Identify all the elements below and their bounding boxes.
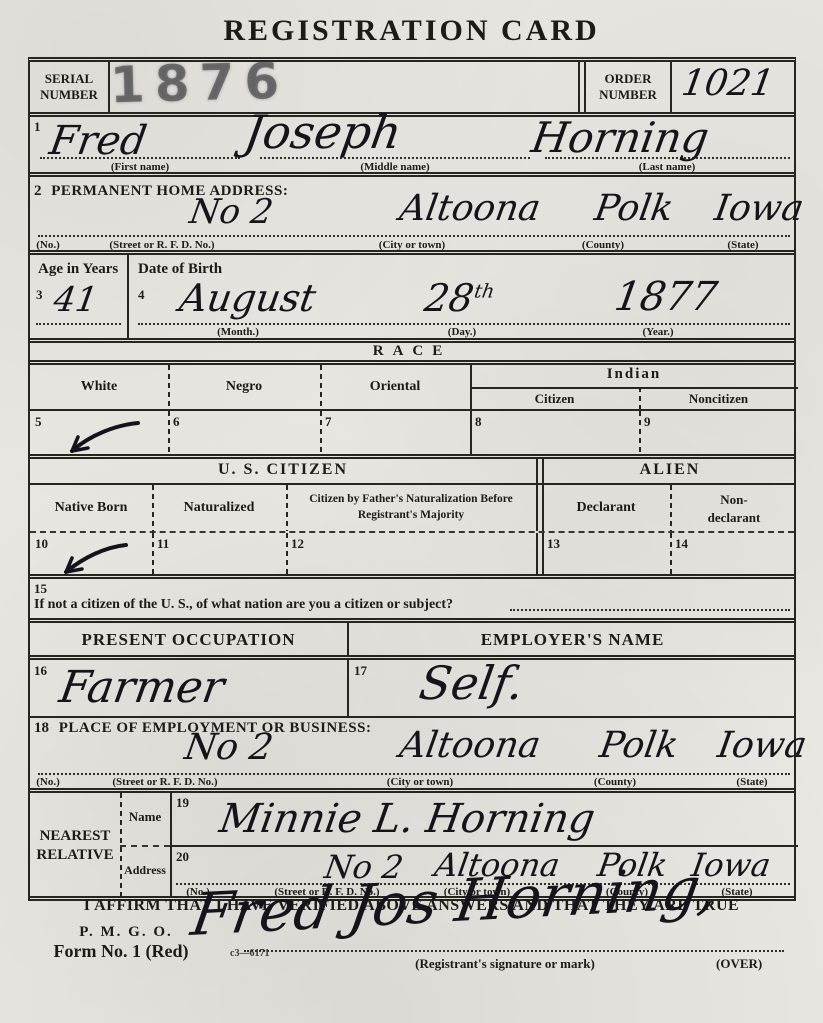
field-number-19: 19 — [176, 795, 189, 811]
serial-number-label: SERIAL NUMBER — [30, 71, 108, 104]
dotted-line — [138, 323, 790, 325]
birth-year-label: (Year.) — [642, 326, 673, 338]
nation-question: If not a citizen of the U. S., of what n… — [34, 597, 453, 613]
race-section-title: RACE — [30, 343, 794, 360]
divider-line — [639, 411, 641, 454]
dotted-line — [244, 950, 784, 952]
occupation-answer-row: 16 Farmer 17 Self. — [30, 660, 794, 718]
birth-day-suffix: th — [473, 280, 496, 302]
first-name-value: Fred — [47, 121, 149, 161]
relative-address-label: Address — [120, 863, 170, 878]
divider-line — [347, 660, 349, 716]
home-address-city: Altoona — [397, 191, 543, 227]
registration-card: REGISTRATION CARD SERIAL NUMBER 1876 ORD… — [0, 0, 823, 1023]
age-birth-row: Age in Years 3 41 Date of Birth 4 August… — [30, 255, 794, 343]
box-number-11: 11 — [157, 536, 169, 552]
birth-month-label: (Month.) — [217, 326, 259, 338]
home-col-label-street: (Street or R. F. D. No.) — [109, 239, 214, 251]
age-label: Age in Years — [38, 261, 118, 278]
citizenship-header-row: U. S. CITIZEN ALIEN — [30, 459, 794, 485]
birth-day-label: (Day.) — [448, 326, 476, 338]
field-number-4: 4 — [138, 287, 145, 303]
employment-col-label-state: (State) — [736, 776, 767, 788]
home-col-label-state: (State) — [727, 239, 758, 251]
race-citizen-label: Citizen — [470, 391, 639, 407]
over-label: (OVER) — [716, 956, 762, 972]
serial-order-row: SERIAL NUMBER 1876 ORDER NUMBER 1021 — [30, 62, 794, 117]
divider-line — [536, 485, 538, 531]
name-row: 1 Fred Joseph Horning (First name) (Midd… — [30, 117, 794, 177]
occupation-header: PRESENT OCCUPATION — [30, 630, 347, 650]
native-born-label: Native Born — [30, 500, 152, 516]
dotted-line — [36, 323, 121, 325]
occupation-value: Farmer — [57, 666, 228, 710]
home-address-county: Polk — [592, 191, 675, 227]
divider-line — [320, 411, 322, 454]
checkmark-icon — [54, 535, 134, 582]
birth-month-value: August — [177, 279, 319, 317]
home-address-row: 2 PERMANENT HOME ADDRESS: No 2 Altoona P… — [30, 177, 794, 255]
employment-city: Altoona — [397, 728, 543, 764]
page-title: REGISTRATION CARD — [0, 14, 823, 48]
divider-line — [470, 387, 798, 389]
field-number-18: 18 — [34, 720, 49, 736]
field-number-20: 20 — [176, 849, 189, 865]
divider-line — [286, 533, 288, 574]
birth-year-value: 1877 — [612, 277, 720, 317]
employment-col-label-city: (City or town) — [387, 776, 453, 788]
alien-header: ALIEN — [542, 461, 798, 479]
box-number-8: 8 — [475, 414, 482, 430]
divider-line — [127, 255, 129, 338]
home-address-no: No 2 — [187, 195, 275, 229]
field-number-15: 15 — [34, 581, 47, 597]
field-number-16: 16 — [34, 663, 47, 679]
divider-line — [536, 533, 538, 574]
non-declarant-label: Non-declarant — [670, 491, 798, 526]
employment-col-label-no: (No.) — [36, 776, 60, 788]
divider-line — [670, 62, 672, 112]
employment-row: 18 PLACE OF EMPLOYMENT OR BUSINESS: No 2… — [30, 718, 794, 793]
box-number-5: 5 — [35, 414, 42, 430]
field-number-17: 17 — [354, 663, 367, 679]
field-number-2: 2 — [34, 183, 42, 199]
home-address-state: Iowa — [712, 191, 806, 227]
employment-no: No 2 — [182, 730, 275, 766]
employment-state: Iowa — [715, 728, 809, 764]
box-number-6: 6 — [173, 414, 180, 430]
declarant-label: Declarant — [542, 500, 670, 516]
race-title-row: RACE — [30, 343, 794, 365]
box-number-14: 14 — [675, 536, 688, 552]
box-number-9: 9 — [644, 414, 651, 430]
last-name-label: (Last name) — [639, 161, 696, 173]
employment-col-label-county: (County) — [594, 776, 636, 788]
dotted-line — [38, 235, 790, 237]
citizenship-label-row: Native Born Naturalized Citizen by Fathe… — [30, 485, 794, 533]
home-col-label-no: (No.) — [36, 239, 60, 251]
race-white-label: White — [30, 379, 168, 395]
age-value: 41 — [51, 283, 100, 317]
box-number-13: 13 — [547, 536, 560, 552]
race-indian-label: Indian — [470, 366, 798, 383]
employment-col-label-street: (Street or R. F. D. No.) — [112, 776, 217, 788]
birth-day-value: 28th — [422, 279, 496, 317]
middle-name-label: (Middle name) — [360, 161, 429, 173]
nation-question-row: 15 If not a citizen of the U. S., of wha… — [30, 579, 794, 623]
box-number-12: 12 — [291, 536, 304, 552]
box-number-10: 10 — [35, 536, 48, 552]
race-noncitizen-label: Noncitizen — [639, 391, 798, 407]
nearest-relative-label: NEAREST RELATIVE — [30, 827, 120, 865]
citizen-by-father-label: Citizen by Father's Naturalization Befor… — [286, 491, 536, 523]
us-citizen-header: U. S. CITIZEN — [30, 461, 536, 479]
divider-line — [542, 533, 544, 574]
order-number-label: ORDER NUMBER — [586, 71, 670, 104]
divider-line — [168, 411, 170, 454]
divider-line — [120, 845, 170, 847]
race-answer-row: 5 6 7 8 9 — [30, 411, 794, 459]
divider-line — [670, 533, 672, 574]
form-table: SERIAL NUMBER 1876 ORDER NUMBER 1021 1 F… — [28, 57, 796, 901]
citizenship-answer-row: 10 11 12 13 14 — [30, 533, 794, 579]
home-col-label-city: (City or town) — [379, 239, 445, 251]
field-number-3: 3 — [36, 287, 43, 303]
race-header-row: White Negro Oriental Indian Citizen Nonc… — [30, 365, 794, 411]
checkmark-icon — [58, 415, 146, 462]
divider-line — [152, 533, 154, 574]
birth-day-number: 28 — [422, 276, 477, 320]
dotted-line — [38, 773, 790, 775]
home-col-label-county: (County) — [582, 239, 624, 251]
race-negro-label: Negro — [168, 379, 320, 395]
divider-line — [470, 411, 472, 454]
employer-value: Self. — [416, 660, 527, 706]
divider-line — [536, 459, 538, 483]
divider-line — [578, 62, 580, 112]
occupation-header-row: PRESENT OCCUPATION EMPLOYER'S NAME — [30, 623, 794, 660]
dotted-line — [510, 609, 790, 611]
naturalized-label: Naturalized — [152, 500, 286, 516]
signature-line-label: (Registrant's signature or mark) — [415, 956, 595, 972]
employment-county: Polk — [597, 728, 680, 764]
employer-header: EMPLOYER'S NAME — [347, 630, 798, 650]
relative-name-label: Name — [120, 809, 170, 825]
middle-name-value: Joseph — [241, 109, 404, 155]
last-name-value: Horning — [529, 117, 712, 159]
field-number-1: 1 — [34, 119, 41, 135]
relative-name-value: Minnie L. Horning — [217, 799, 598, 839]
box-number-7: 7 — [325, 414, 332, 430]
order-number-value: 1021 — [679, 66, 776, 102]
race-oriental-label: Oriental — [320, 379, 470, 395]
